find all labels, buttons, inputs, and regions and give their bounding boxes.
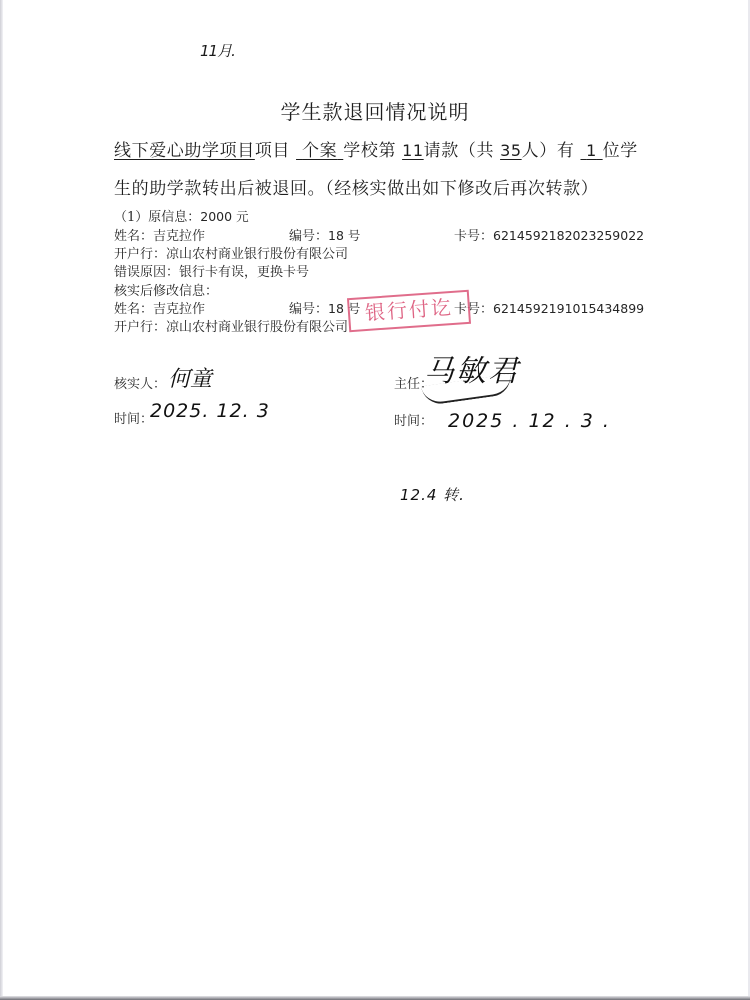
director-time-label: 时间： (394, 410, 433, 429)
revised-card: 卡号：6214592191015434899 (454, 298, 644, 317)
program-name: 线下爱心助学项目 (114, 141, 255, 161)
page-edge-left (0, 0, 3, 1000)
intro-line-1: 线下爱心助学项目项目 个案 学校第 11请款（共 35人）有 1 位学 (114, 136, 638, 161)
verifier-time-label: 时间： (114, 408, 153, 427)
returned-suffix: 位学 (603, 141, 638, 161)
verifier-date: 2025. 12. 3 (150, 400, 270, 422)
original-bank: 开户行：凉山农村商业银行股份有限公司 (114, 243, 348, 262)
program-suffix: 项目 (255, 141, 290, 161)
bank-paid-stamp: 银行付讫 (347, 290, 471, 332)
original-info-row: 姓名：吉克拉作 编号：18 号 卡号：6214592182023259022 (114, 225, 654, 244)
original-id: 编号：18 号 (289, 225, 360, 244)
original-name: 姓名：吉克拉作 (114, 229, 205, 244)
intro-line-2: 生的助学款转出后被退回。（经核实做出如下修改后再次转款） (114, 174, 598, 199)
document-title: 学生款退回情况说明 (0, 96, 750, 125)
revised-name: 姓名：吉克拉作 (114, 302, 205, 317)
handwritten-month-mark: 11月. (200, 40, 235, 61)
original-info-header: （1）原信息：2000 元 (114, 206, 249, 225)
revised-info-header: 核实后修改信息： (114, 280, 218, 299)
page-edge-bottom (0, 996, 750, 1000)
revised-bank: 开户行：凉山农村商业银行股份有限公司 (114, 316, 348, 335)
total-suffix: 人）有 (522, 141, 575, 161)
transfer-note: 12.4 转. (400, 484, 465, 505)
batch-number: 11 (402, 141, 424, 160)
school-suffix: 学校第 (343, 141, 396, 161)
original-amount: 2000 元 (200, 209, 248, 224)
returned-count: 1 (580, 141, 602, 160)
director-date: 2025 . 12 . 3 . (448, 410, 611, 432)
batch-suffix: 请款（共 (424, 141, 494, 161)
verifier-signature: 何童 (168, 362, 212, 393)
total-students: 35 (500, 141, 522, 160)
original-card: 卡号：6214592182023259022 (454, 225, 644, 244)
verifier-label: 核实人： (114, 373, 166, 392)
school-name: 个案 (296, 141, 343, 161)
error-reason: 错误原因：银行卡有误，更换卡号 (114, 261, 309, 280)
